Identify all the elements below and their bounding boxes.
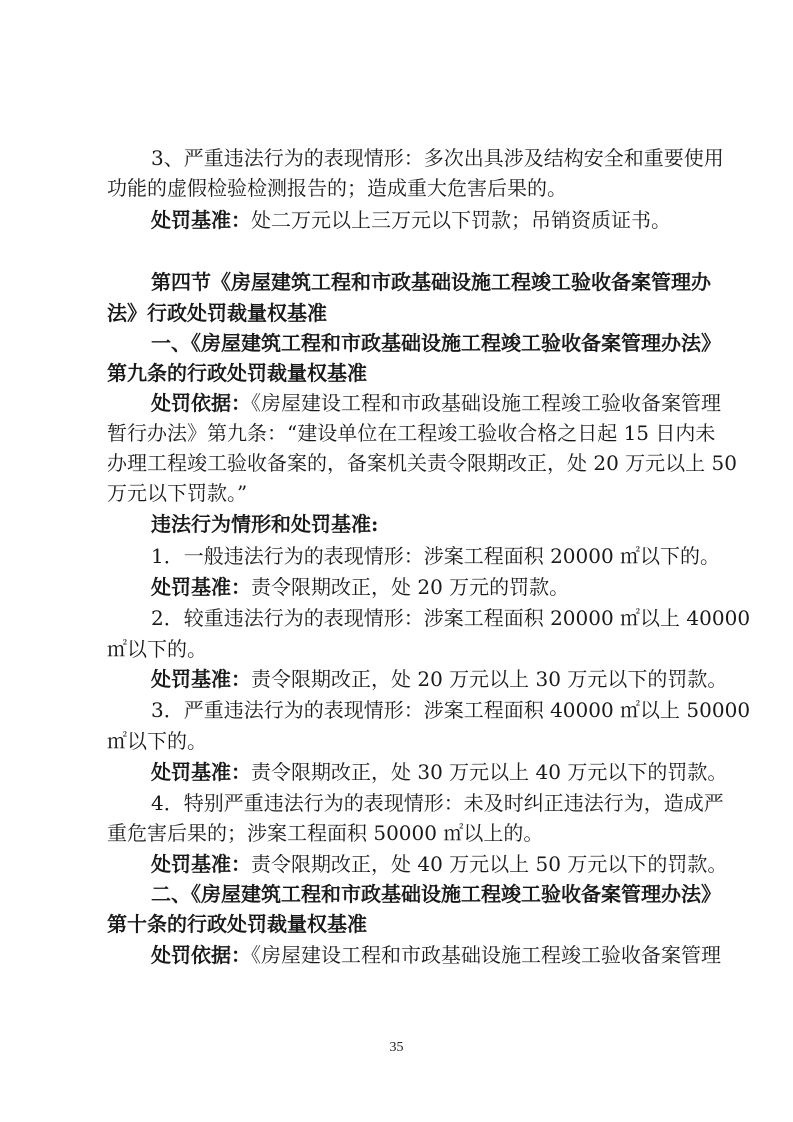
bold-label: 处罚基准： (151, 208, 251, 232)
bold-label: 处罚基准： (151, 852, 251, 876)
text-line: 处罚基准：责令限期改正，处 20 万元的罚款。 (151, 575, 689, 599)
text-line: 第九条的行政处罚裁量权基准 (107, 361, 689, 385)
text-line: 一、《房屋建筑工程和市政基础设施工程竣工验收备案管理办法》 (151, 331, 689, 355)
bold-label: 违法行为情形和处罚基准: (151, 512, 378, 536)
document-page: 3、严重违法行为的表现情形：多次出具涉及结构安全和重要使用功能的虚假检验检测报告… (0, 0, 793, 1122)
line-text: 责令限期改正，处 20 万元的罚款。 (251, 575, 569, 599)
bold-label: 法》行政处罚裁量权基准 (107, 301, 327, 325)
bold-label: 第九条的行政处罚裁量权基准 (107, 361, 367, 385)
text-line: 二、《房屋建筑工程和市政基础设施工程竣工验收备案管理办法》 (151, 882, 689, 906)
text-line: 处罚依据：《房屋建设工程和市政基础设施工程竣工验收备案管理 (151, 391, 689, 415)
line-text: 责令限期改正，处 30 万元以上 40 万元以下的罚款。 (251, 760, 727, 784)
line-text: 3、严重违法行为的表现情形：多次出具涉及结构安全和重要使用 (151, 146, 724, 170)
bold-label: 处罚基准： (151, 667, 251, 691)
line-text: 责令限期改正，处 40 万元以上 50 万元以下的罚款。 (251, 852, 727, 876)
line-text: 2．较重违法行为的表现情形：涉案工程面积 20000 ㎡以上 40000 (151, 606, 750, 630)
text-line: 处罚基准：责令限期改正，处 20 万元以上 30 万元以下的罚款。 (151, 667, 689, 691)
bold-label: 一、《房屋建筑工程和市政基础设施工程竣工验收备案管理办法》 (151, 331, 721, 355)
text-line: 法》行政处罚裁量权基准 (107, 301, 689, 325)
text-line: ㎡以下的。 (107, 637, 689, 661)
page-number: 35 (0, 1040, 793, 1056)
bold-label: 处罚基准： (151, 575, 251, 599)
line-text: 《房屋建设工程和市政基础设施工程竣工验收备案管理 (251, 943, 721, 967)
bold-label: 第十条的行政处罚裁量权基准 (107, 912, 367, 936)
text-line: 3、严重违法行为的表现情形：多次出具涉及结构安全和重要使用 (151, 146, 689, 170)
line-text: ㎡以下的。 (107, 729, 207, 753)
text-line: 2．较重违法行为的表现情形：涉案工程面积 20000 ㎡以上 40000 (151, 606, 689, 630)
line-text: 暂行办法》第九条：“建设单位在工程竣工验收合格之日起 15 日内未 (107, 421, 715, 445)
bold-label: 处罚基准： (151, 760, 251, 784)
text-line: 暂行办法》第九条：“建设单位在工程竣工验收合格之日起 15 日内未 (107, 421, 689, 445)
text-line: 处罚基准：责令限期改正，处 40 万元以上 50 万元以下的罚款。 (151, 852, 689, 876)
bold-label: 处罚依据： (151, 943, 251, 967)
text-line: 重危害后果的；涉案工程面积 50000 ㎡以上的。 (107, 821, 689, 845)
bold-label: 第四节《房屋建筑工程和市政基础设施工程竣工验收备案管理办 (151, 270, 711, 294)
text-line: 第十条的行政处罚裁量权基准 (107, 912, 689, 936)
line-text: 万元以下罚款。” (107, 481, 247, 505)
text-line: ㎡以下的。 (107, 729, 689, 753)
text-line: 4．特别严重违法行为的表现情形：未及时纠正违法行为，造成严 (151, 791, 689, 815)
text-line: 办理工程竣工验收备案的，备案机关责令限期改正，处 20 万元以上 50 (107, 451, 689, 475)
bold-label: 处罚依据： (151, 391, 251, 415)
line-text: ㎡以下的。 (107, 637, 207, 661)
text-line: 处罚基准：处二万元以上三万元以下罚款；吊销资质证书。 (151, 208, 689, 232)
line-text: 功能的虚假检验检测报告的；造成重大危害后果的。 (107, 176, 567, 200)
text-line: 3．严重违法行为的表现情形：涉案工程面积 40000 ㎡以上 50000 (151, 698, 689, 722)
line-text: 责令限期改正，处 20 万元以上 30 万元以下的罚款。 (251, 667, 727, 691)
line-text: 处二万元以上三万元以下罚款；吊销资质证书。 (251, 208, 671, 232)
line-text: 1．一般违法行为的表现情形：涉案工程面积 20000 ㎡以下的。 (151, 544, 720, 568)
text-line: 功能的虚假检验检测报告的；造成重大危害后果的。 (107, 176, 689, 200)
text-line: 处罚基准：责令限期改正，处 30 万元以上 40 万元以下的罚款。 (151, 760, 689, 784)
line-text: 4．特别严重违法行为的表现情形：未及时纠正违法行为，造成严 (151, 791, 724, 815)
line-text: 办理工程竣工验收备案的，备案机关责令限期改正，处 20 万元以上 50 (107, 451, 737, 475)
line-text: 《房屋建设工程和市政基础设施工程竣工验收备案管理 (251, 391, 721, 415)
bold-label: 二、《房屋建筑工程和市政基础设施工程竣工验收备案管理办法》 (151, 882, 721, 906)
text-line: 1．一般违法行为的表现情形：涉案工程面积 20000 ㎡以下的。 (151, 544, 689, 568)
line-text: 3．严重违法行为的表现情形：涉案工程面积 40000 ㎡以上 50000 (151, 698, 750, 722)
text-line: 违法行为情形和处罚基准: (151, 512, 689, 536)
text-line: 第四节《房屋建筑工程和市政基础设施工程竣工验收备案管理办 (151, 270, 689, 294)
text-line: 万元以下罚款。” (107, 481, 689, 505)
text-line: 处罚依据：《房屋建设工程和市政基础设施工程竣工验收备案管理 (151, 943, 689, 967)
line-text: 重危害后果的；涉案工程面积 50000 ㎡以上的。 (107, 821, 543, 845)
